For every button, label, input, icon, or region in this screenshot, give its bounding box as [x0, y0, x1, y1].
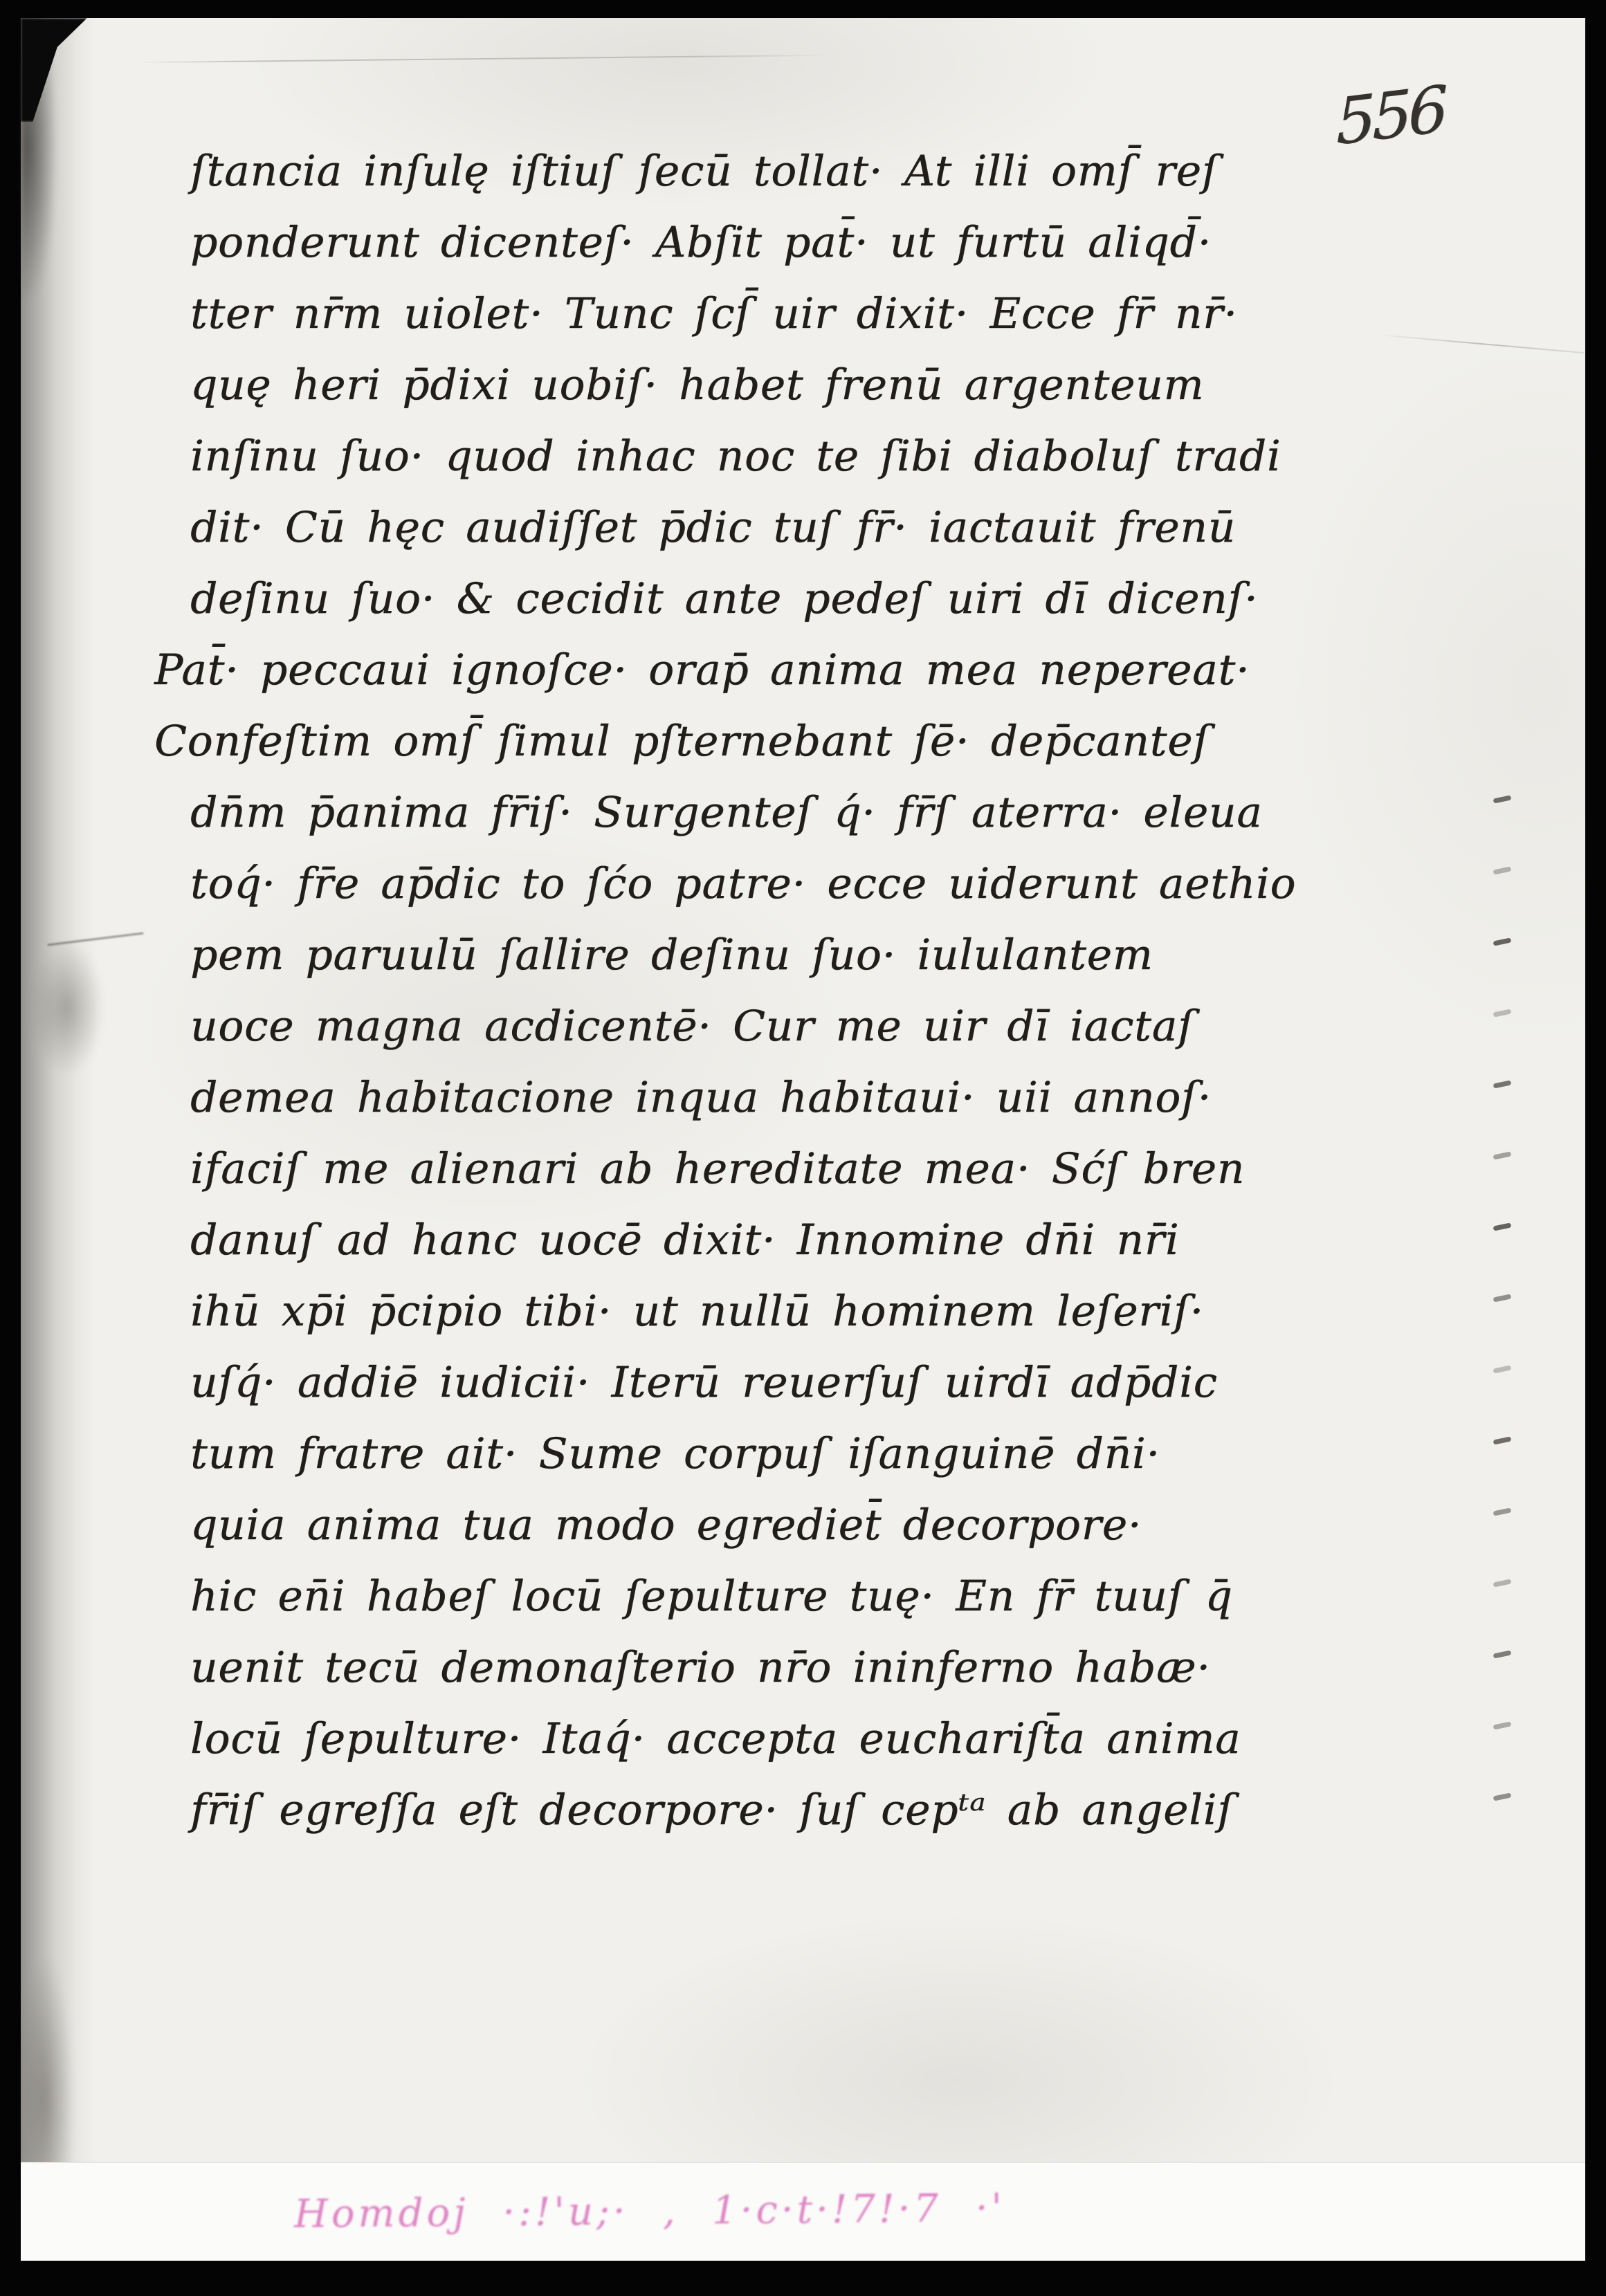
manuscript-line: deſinu ſuo· & cecidit ante pedeſ uiri dī…	[190, 563, 1296, 634]
manuscript-line: uenit tecū demonaſterio nr̄o ininferno h…	[190, 1632, 1296, 1703]
folio-number: 556	[1335, 72, 1445, 160]
manuscript-line: demea habitacione inqua habitaui· uii an…	[190, 1062, 1296, 1133]
manuscript-line: Confeſtim omſ̄ ſimul pſternebant ſē· dep…	[154, 706, 1296, 777]
manuscript-line: dit· Cū hęc audiſſet p̄dic tuſ fr̄· iact…	[190, 492, 1296, 563]
manuscript-line: quę heri p̄dixi uobiſ· habet frenū argen…	[190, 349, 1296, 421]
manuscript-line: danuſ ad hanc uocē dixit· Innomine dn̄i …	[190, 1204, 1296, 1276]
manuscript-line: inſinu ſuo· quod inhac noc te ſibi diabo…	[190, 421, 1296, 492]
pricking-mark	[1493, 1721, 1512, 1729]
manuscript-line: ihū xp̄i p̄cipio tibi· ut nullū hominem …	[190, 1276, 1296, 1347]
manuscript-line: locū ſepulture· Itaq́· accepta euchariſt…	[190, 1703, 1296, 1774]
manuscript-line: pem paruulū ſallire deſinu ſuo· iululant…	[190, 919, 1296, 991]
pricking-mark	[1493, 1009, 1512, 1017]
manuscript-line: toq́· fr̄e ap̄dic to ſćo patre· ecce uid…	[190, 848, 1296, 919]
photostat-scan: { "page": { "folio_number": "556", "colo…	[0, 0, 1606, 2296]
manuscript-page: 556 ſtancia inſulę iſtiuſ ſecū tollat· A…	[21, 18, 1585, 2260]
pricking-mark	[1493, 1579, 1512, 1587]
manuscript-line: ſtancia inſulę iſtiuſ ſecū tollat· At il…	[190, 136, 1296, 207]
pricking-mark	[1493, 1294, 1512, 1302]
pricking-mark	[1493, 795, 1512, 803]
manuscript-line: tum fratre ait· Sume corpuſ iſanguinē dn…	[190, 1418, 1296, 1489]
pricking-mark	[1493, 1080, 1512, 1088]
pricking-mark	[1493, 1650, 1512, 1658]
manuscript-line: fr̄iſ egreſſa eſt decorpore· ſuſ cepᵗᵃ a…	[190, 1774, 1296, 1846]
pricking-mark	[1493, 1436, 1512, 1444]
manuscript-line: uſq́· addiē iudicii· Iterū reuerſuſ uird…	[190, 1347, 1296, 1418]
gutter-smudge-middle	[26, 903, 130, 1111]
manuscript-line: ifaciſ me alienari ab hereditate mea· Sć…	[190, 1133, 1296, 1204]
manuscript-line: quia anima tua modo egrediet̄ decorpore·	[190, 1489, 1296, 1561]
manuscript-line: hic en̄i habeſ locū ſepulture tuę· En fr…	[190, 1561, 1296, 1632]
parchment-top-edge	[138, 55, 830, 63]
manuscript-line: uoce magna acdicentē· Cur me uir dī iact…	[190, 991, 1296, 1062]
manuscript-line: ponderunt dicenteſ· Abſit pat̄· ut furtū…	[190, 207, 1296, 278]
manuscript-line: dn̄m p̄anima fr̄iſ· Surgenteſ q́· fr̄ſ a…	[190, 777, 1296, 848]
pricking-mark	[1493, 1151, 1512, 1159]
crease-mark-right	[1377, 334, 1584, 353]
pricking-mark	[1493, 866, 1512, 874]
manuscript-text-block: ſtancia inſulę iſtiuſ ſecū tollat· At il…	[190, 136, 1296, 1846]
illegible-pink-annotation: Homdoj ·:!'u;· ‚ 1·c·t·!7!·7 ·'	[294, 2186, 1006, 2237]
manuscript-line: tter nr̄m uiolet· Tunc ſcſ̄ uir dixit· E…	[190, 278, 1296, 349]
pricking-mark	[1493, 1507, 1512, 1516]
pricking-mark	[1493, 937, 1512, 946]
pricking-mark	[1493, 1222, 1512, 1231]
pricking-mark	[1493, 1365, 1512, 1373]
pricking-mark	[1493, 1792, 1512, 1801]
manuscript-line: Pat̄· peccaui ignoſce· orap̄ anima mea n…	[154, 634, 1296, 706]
